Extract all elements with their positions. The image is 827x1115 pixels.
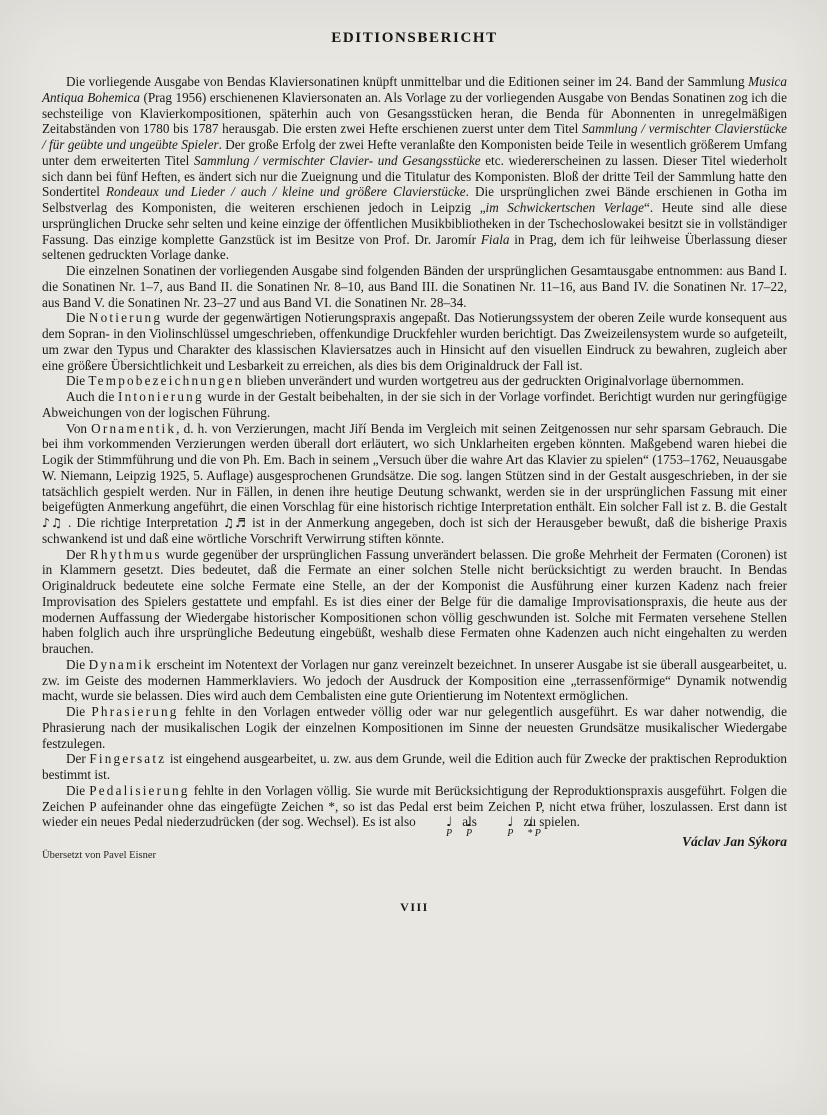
quarter-note-icon: ♩ <box>503 816 515 830</box>
letterspaced-keyword: Notierung <box>89 310 162 325</box>
paragraph: Der Rhythmus wurde gegenüber der ursprün… <box>42 547 787 657</box>
text-run: Die vorliegende Ausgabe von Bendas Klavi… <box>66 74 748 89</box>
italic-text-run: Fiala <box>481 232 510 247</box>
text-run: blieben unverändert und wurden wortgetre… <box>243 373 744 388</box>
translator-credit: Übersetzt von Pavel Eisner <box>42 850 156 861</box>
author-signature: Václav Jan Sýkora <box>682 834 787 850</box>
letterspaced-keyword: Fingersatz <box>89 751 166 766</box>
quarter-note-with-pedal-mark: ♩P <box>483 816 495 830</box>
text-run: Der <box>66 547 90 562</box>
text-run: Die <box>66 704 91 719</box>
paragraph: Die Dynamik erscheint im Notentext der V… <box>42 657 787 704</box>
paragraph: Auch die Intonierung wurde in der Gestal… <box>42 389 787 421</box>
text-run: Auch die <box>66 389 118 404</box>
paragraph: Die Notierung wurde der gegenwärtigen No… <box>42 310 787 373</box>
paragraph: Die einzelnen Sonatinen der vorliegenden… <box>42 263 787 310</box>
letterspaced-keyword: Phrasierung <box>91 704 178 719</box>
letterspaced-keyword: Pedalisierung <box>89 783 189 798</box>
letterspaced-keyword: Dynamik <box>89 657 153 672</box>
letterspaced-keyword: Tempobezeichnungen <box>88 373 243 388</box>
paragraph: Der Fingersatz ist eingehend ausgearbeit… <box>42 751 787 783</box>
text-run: erscheint im Notentext der Vorlagen nur … <box>42 657 787 704</box>
paragraph: Die Pedalisierung fehlte in den Vorlagen… <box>42 783 787 831</box>
quarter-note-icon: ♩ <box>483 816 495 830</box>
paragraphs: Die vorliegende Ausgabe von Bendas Klavi… <box>42 74 787 830</box>
quarter-note-with-pedal-mark: ♩P <box>422 816 434 830</box>
paragraph: Von Ornamentik, d. h. von Verzierungen, … <box>42 421 787 547</box>
footer: Übersetzt von Pavel Eisner Václav Jan Sý… <box>42 834 787 874</box>
text-run: Die <box>66 657 89 672</box>
paragraph: Die vorliegende Ausgabe von Bendas Klavi… <box>42 74 787 263</box>
music-notation-icon: ♫♬ <box>223 515 247 530</box>
quarter-note-with-pedal-mark: ♩P <box>442 816 454 830</box>
text-run: Der <box>66 751 89 766</box>
page-title: EDITIONSBERICHT <box>42 30 787 47</box>
text-run: Von <box>66 421 91 436</box>
paragraph: Die Tempobezeichnungen blieben unverände… <box>42 373 787 389</box>
text-run: Die <box>66 310 89 325</box>
music-notation-icon: ♪♫ <box>42 515 63 530</box>
italic-text-run: Rondeaux und Lieder / auch / kleine und … <box>106 184 466 199</box>
italic-text-run: im Schwickertschen Verlage <box>486 200 644 215</box>
letterspaced-keyword: Rhythmus <box>90 547 162 562</box>
text-run: Die einzelnen Sonatinen der vorliegenden… <box>42 263 787 310</box>
italic-text-run: Sammlung / vermischter Clavier- und Gesa… <box>194 153 481 168</box>
page-number: VIII <box>42 900 787 915</box>
text-run: . Die richtige Interpretation <box>63 515 223 530</box>
text-run: wurde gegenüber der ursprünglichen Fassu… <box>42 547 787 657</box>
letterspaced-keyword: Ornamentik <box>91 421 176 436</box>
quarter-note-icon: ♩ <box>442 816 454 830</box>
quarter-note-icon: ♩ <box>422 816 434 830</box>
text-run: Die <box>66 373 88 388</box>
text-run: Die <box>66 783 89 798</box>
letterspaced-keyword: Intonierung <box>118 389 204 404</box>
scanned-page: EDITIONSBERICHT Die vorliegende Ausgabe … <box>0 0 827 1115</box>
paragraph: Die Phrasierung fehlte in den Vorlagen e… <box>42 704 787 751</box>
quarter-note-with-pedal-mark: ♩* P <box>503 816 515 830</box>
